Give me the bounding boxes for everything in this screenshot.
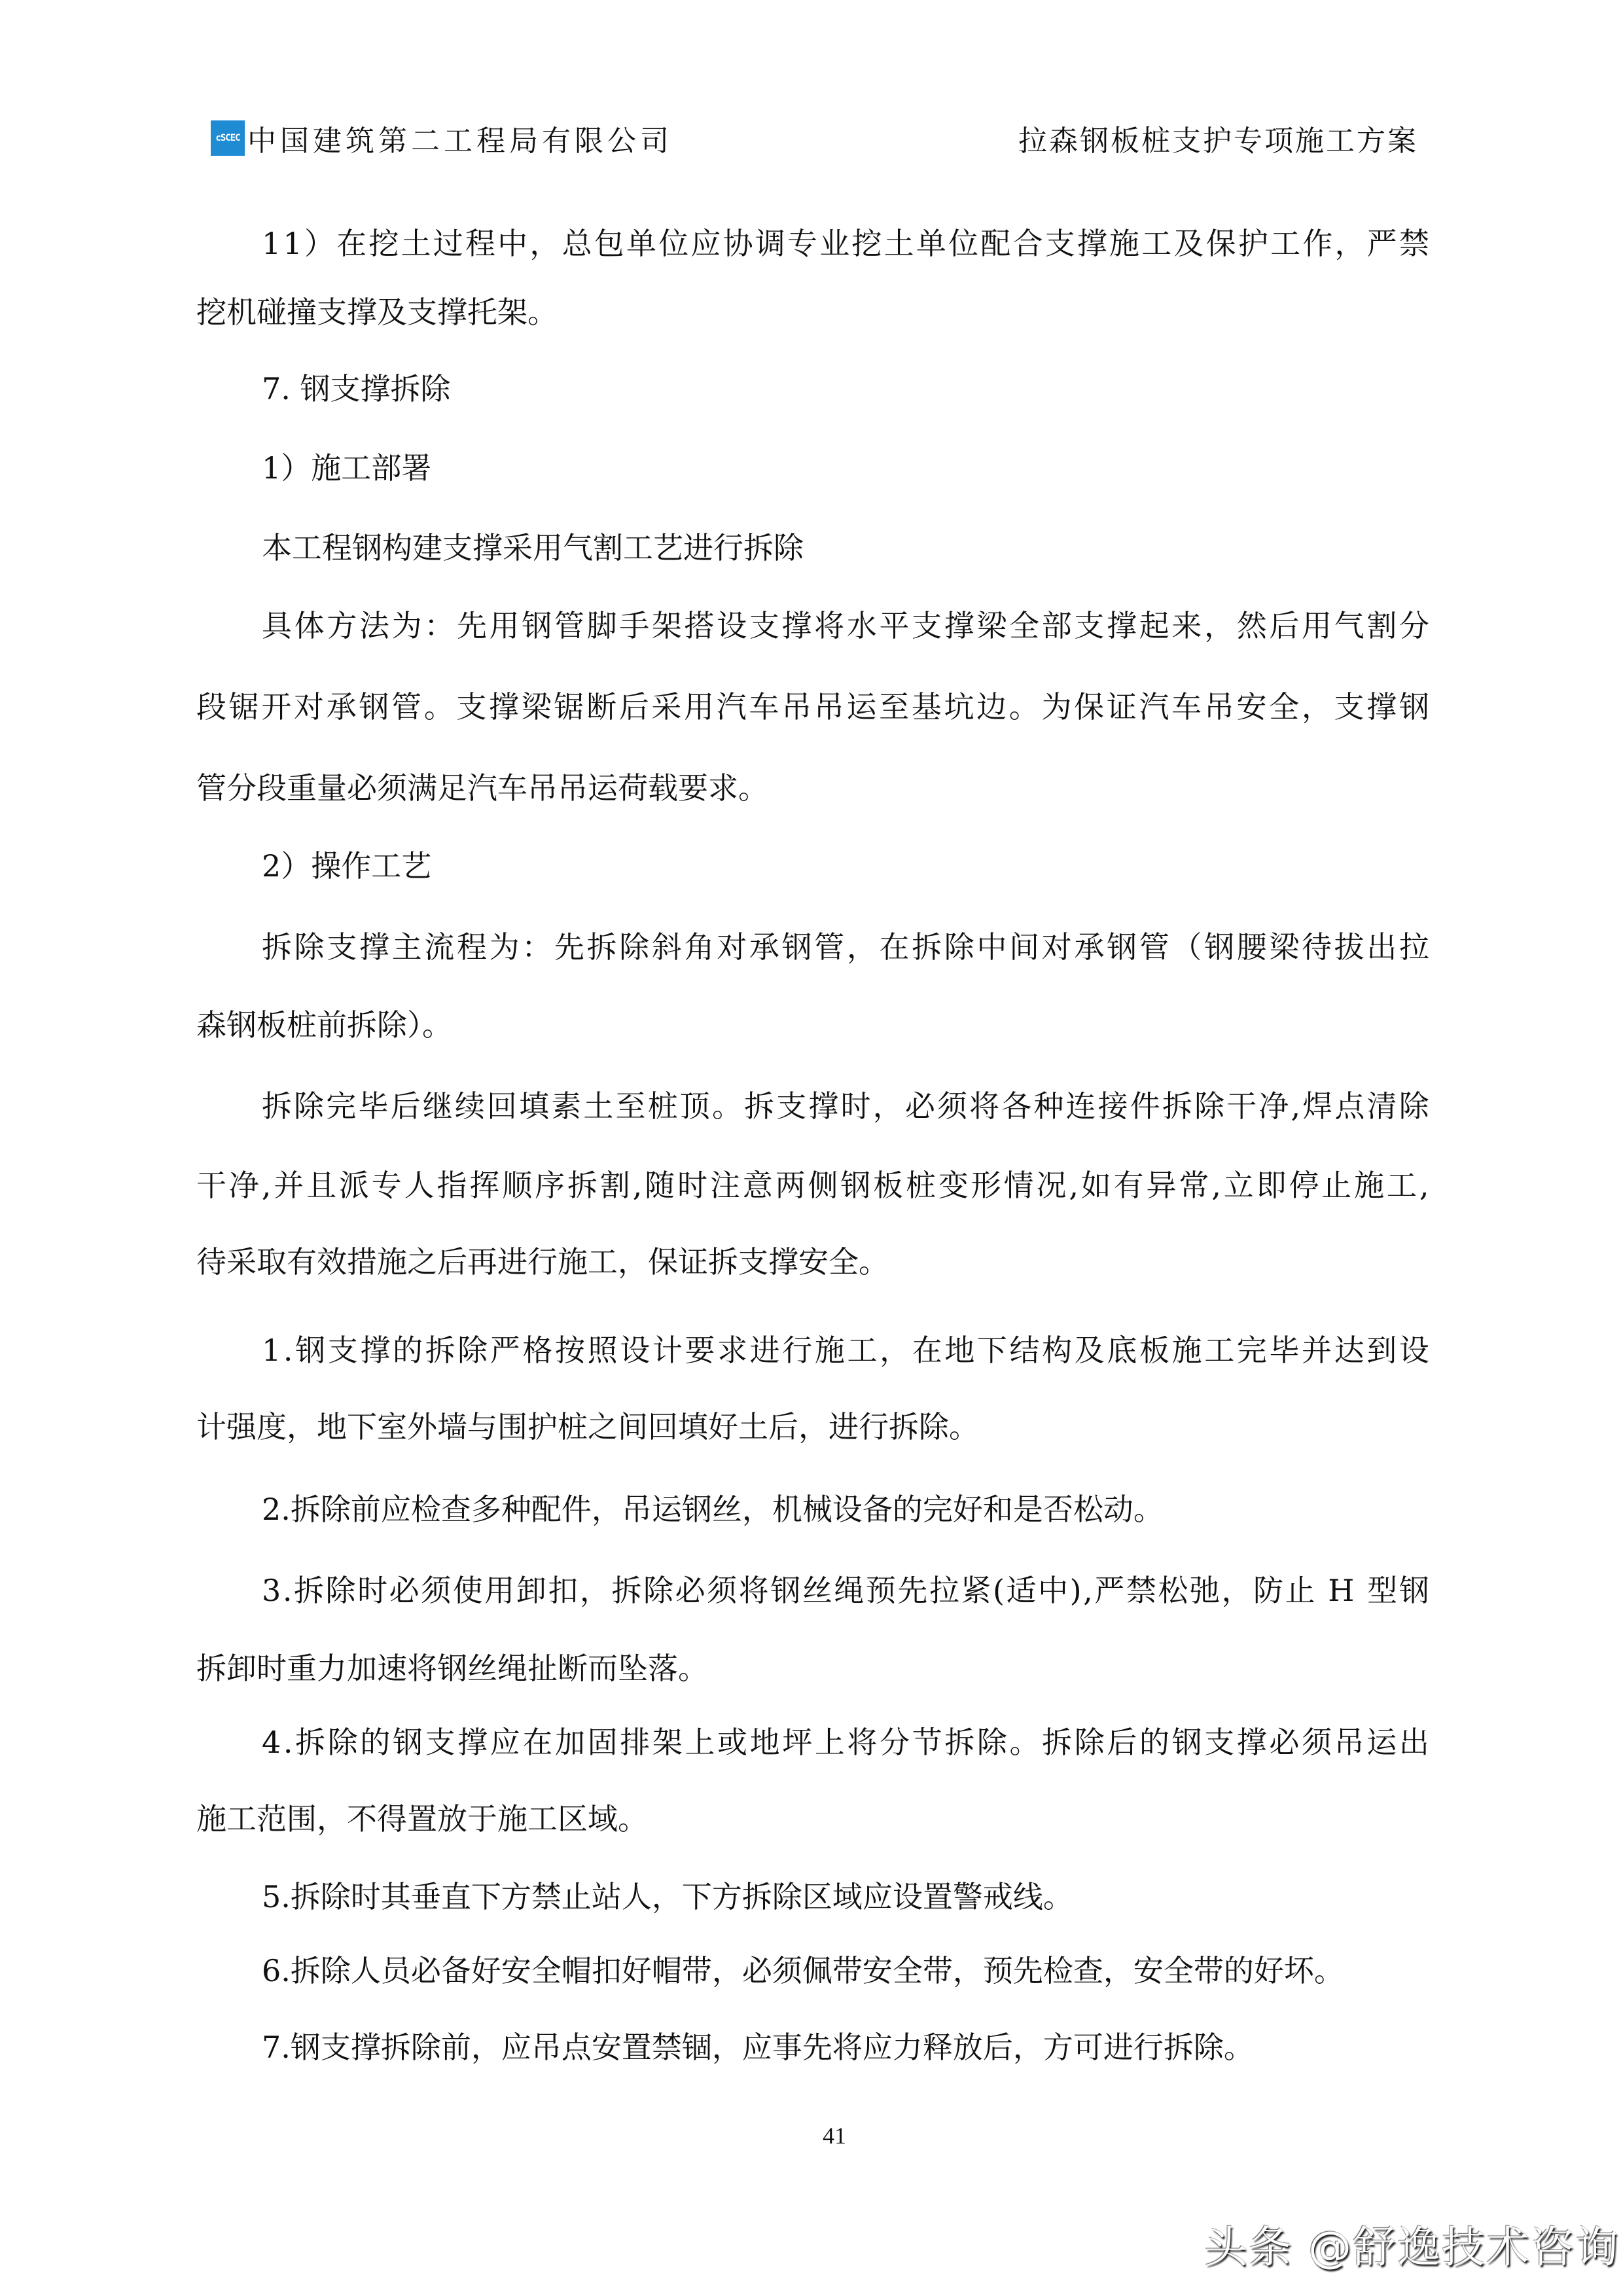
text-line: 4.拆除的钢支撑应在加固排架上或地坪上将分节拆除。拆除后的钢支撑必须吊运出: [262, 1723, 1429, 1762]
text-line: 具体方法为：先用钢管脚手架搭设支撑将水平支撑梁全部支撑起来，然后用气割分: [262, 606, 1429, 645]
logo-text: cSCEC: [215, 134, 240, 143]
watermark: 头条 @舒逸技术咨询: [1204, 2220, 1620, 2275]
text-line: 7. 钢支撑拆除: [262, 369, 451, 408]
text-line: 6.拆除人员必备好安全帽扣好帽带，必须佩带安全带，预先检查，安全带的好坏。: [262, 1951, 1344, 1990]
text-line: 段锯开对承钢管。支撑梁锯断后采用汽车吊吊运至基坑边。为保证汽车吊安全，支撑钢: [196, 687, 1429, 726]
text-line: 1）施工部署: [262, 448, 431, 488]
company-name: 中国建筑第二工程局有限公司: [247, 117, 673, 159]
text-line: 2）操作工艺: [262, 846, 431, 886]
document-page: cSCEC 中国建筑第二工程局有限公司 拉森钢板桩支护专项施工方案 11）在挖土…: [0, 0, 1623, 2296]
document-title: 拉森钢板桩支护专项施工方案: [1018, 117, 1418, 159]
text-line: 2.拆除前应检查多种配件，吊运钢丝，机械设备的完好和是否松动。: [262, 1490, 1164, 1529]
text-line: 7.钢支撑拆除前，应吊点安置禁锢，应事先将应力释放后，方可进行拆除。: [262, 2028, 1254, 2067]
header-document-title: 拉森钢板桩支护专项施工方案: [1048, 119, 1418, 157]
text-line: 拆除支撑主流程为：先拆除斜角对承钢管，在拆除中间对承钢管（钢腰梁待拔出拉: [262, 927, 1429, 967]
text-line: 5.拆除时其垂直下方禁止站人，下方拆除区域应设置警戒线。: [262, 1877, 1073, 1916]
text-line: 施工范围，不得置放于施工区域。: [196, 1799, 648, 1839]
text-line: 拆卸时重力加速将钢丝绳扯断而坠落。: [196, 1649, 708, 1688]
text-line: 拆除完毕后继续回填素土至桩顶。拆支撑时，必须将各种连接件拆除干净,焊点清除: [262, 1086, 1429, 1126]
text-line: 计强度，地下室外墙与围护桩之间回填好土后，进行拆除。: [196, 1407, 979, 1446]
text-line: 挖机碰撞支撑及支撑托架。: [196, 293, 558, 332]
text-line: 森钢板桩前拆除）。: [196, 1005, 452, 1045]
text-line: 待采取有效措施之后再进行施工，保证拆支撑安全。: [196, 1242, 889, 1282]
text-line: 本工程钢构建支撑采用气割工艺进行拆除: [262, 528, 804, 567]
text-line: 3.拆除时必须使用卸扣，拆除必须将钢丝绳预先拉紧(适中),严禁松弛，防止 H 型…: [262, 1571, 1429, 1610]
text-line: 11）在挖土过程中，总包单位应协调专业挖土单位配合支撑施工及保护工作，严禁: [262, 224, 1429, 263]
page-number: 41: [811, 2122, 857, 2149]
header-company: cSCEC 中国建筑第二工程局有限公司: [211, 119, 673, 157]
text-line: 干净,并且派专人指挥顺序拆割,随时注意两侧钢板桩变形情况,如有异常,立即停止施工…: [196, 1166, 1429, 1205]
text-line: 1.钢支撑的拆除严格按照设计要求进行施工，在地下结构及底板施工完毕并达到设: [262, 1331, 1429, 1370]
text-line: 管分段重量必须满足汽车吊吊运荷载要求。: [196, 768, 768, 808]
cscec-logo-icon: cSCEC: [211, 120, 245, 156]
